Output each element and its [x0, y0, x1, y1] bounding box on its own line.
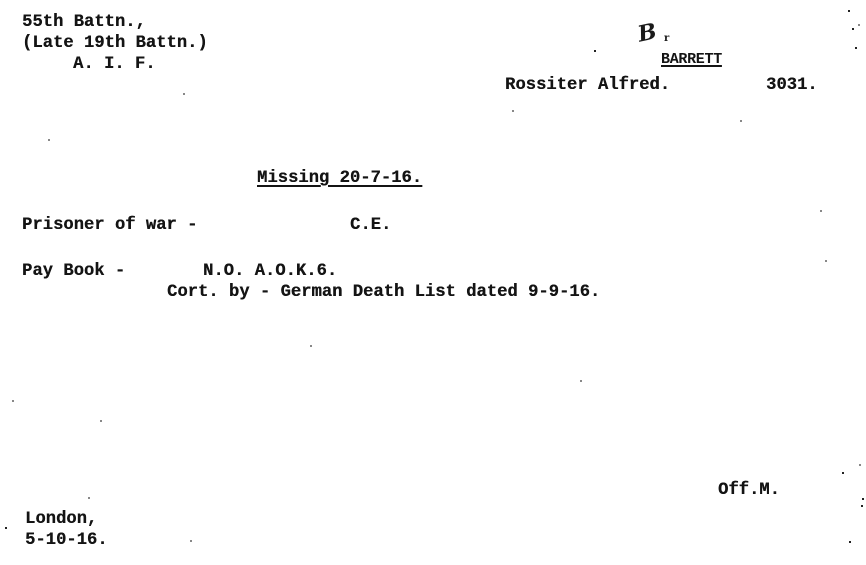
scan-speck — [858, 24, 860, 26]
field-value-paybook: N.O. A.O.K.6. — [203, 262, 337, 282]
scan-speck — [512, 110, 514, 112]
scan-speck — [12, 400, 14, 402]
scan-speck — [859, 464, 861, 466]
scan-speck — [580, 380, 582, 382]
alias-name: BARRETT — [661, 52, 722, 68]
unit-line-3: A. I. F. — [73, 55, 156, 75]
record-card: 55th Battn., (Late 19th Battn.) A. I. F.… — [0, 0, 866, 565]
scan-speck — [825, 260, 827, 262]
scan-speck — [740, 120, 742, 122]
field-value-prisoner: C.E. — [350, 216, 391, 236]
handwritten-mark: B — [636, 18, 660, 47]
scan-speck — [861, 505, 863, 507]
unit-line-2: (Late 19th Battn.) — [22, 34, 208, 54]
scan-speck — [190, 540, 192, 542]
office-reference: Off.M. — [718, 481, 780, 501]
status-heading: Missing 20-7-16. — [257, 169, 422, 189]
certification-line: Cort. by - German Death List dated 9-9-1… — [167, 283, 600, 303]
scan-speck — [88, 497, 90, 499]
scan-speck — [5, 527, 7, 529]
scan-speck — [310, 345, 312, 347]
field-label-prisoner: Prisoner of war - — [22, 216, 197, 236]
scan-speck — [855, 47, 857, 49]
scan-speck — [862, 498, 864, 500]
service-number: 3031. — [766, 76, 818, 96]
scan-speck — [852, 28, 854, 30]
scan-speck — [100, 420, 102, 422]
scan-speck — [820, 210, 822, 212]
scan-speck — [848, 10, 850, 12]
date: 5-10-16. — [25, 531, 108, 551]
scan-speck — [48, 139, 50, 141]
scan-speck — [183, 93, 185, 95]
place: London, — [25, 510, 97, 530]
scan-speck — [842, 472, 844, 474]
unit-line-1: 55th Battn., — [22, 13, 146, 33]
soldier-name: Rossiter Alfred. — [505, 76, 670, 96]
scan-speck — [594, 50, 596, 52]
field-label-paybook: Pay Book - — [22, 262, 125, 282]
scan-speck — [849, 541, 851, 543]
handwritten-sub-mark: r — [664, 33, 669, 44]
